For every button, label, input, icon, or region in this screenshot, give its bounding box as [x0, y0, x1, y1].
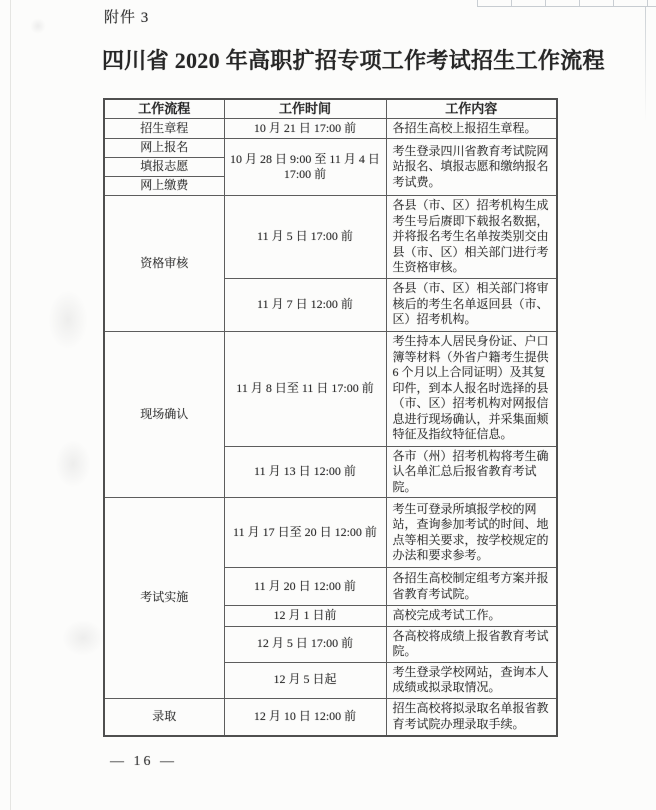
process-cell: 网上报名	[104, 139, 224, 158]
table-row: 录取 12 月 10 日 12:00 前 招生高校将拟录取名单报省教育考试院办理…	[104, 698, 557, 736]
scan-artifact-right-edge-line	[645, 7, 646, 122]
scan-smudge	[48, 290, 88, 350]
content-cell: 各县（市、区）相关部门将审核后的考生名单返回县（市、区）招考机构。	[386, 278, 557, 331]
time-cell: 11 月 20 日 12:00 前	[224, 568, 386, 606]
header-process: 工作流程	[104, 99, 224, 118]
document-title: 四川省 2020 年高职扩招专项工作考试招生工作流程	[102, 44, 582, 75]
time-cell: 12 月 1 日前	[224, 606, 386, 627]
content-cell: 各高校将成绩上报省教育考试院。	[386, 626, 557, 662]
table-row: 网上报名 10 月 28 日 9:00 至 11 月 4 日 17:00 前 考…	[104, 139, 557, 158]
content-cell: 各市（州）招考机构将考生确认名单汇总后报省教育考试院。	[386, 446, 557, 498]
time-cell: 11 月 7 日 12:00 前	[224, 278, 386, 331]
table-row: 现场确认 11 月 8 日至 11 日 17:00 前 考生持本人居民身份证、户…	[104, 331, 557, 446]
scan-artifact-left-edge-line	[10, 0, 11, 810]
header-time: 工作时间	[224, 99, 386, 118]
process-cell: 录取	[104, 698, 224, 736]
header-content: 工作内容	[386, 99, 557, 118]
scan-artifact-previous-page-table-edge	[477, 0, 656, 7]
content-cell: 考生登录学校网站，查询本人成绩或拟录取情况。	[386, 662, 557, 698]
process-cell: 填报志愿	[104, 158, 224, 177]
attachment-label: 附件 3	[104, 6, 149, 27]
content-cell: 考生可登录所填报学校的网站，查询参加考试的时间、地点等相关要求，按学校规定的办法…	[386, 498, 557, 568]
scan-smudge	[62, 620, 104, 656]
workflow-table: 工作流程 工作时间 工作内容 招生章程 10 月 21 日 17:00 前 各招…	[103, 98, 558, 737]
process-cell: 考试实施	[104, 498, 224, 699]
table-row: 招生章程 10 月 21 日 17:00 前 各招生高校上报招生章程。	[104, 118, 557, 139]
content-cell: 各招生高校上报招生章程。	[386, 118, 557, 139]
time-cell: 11 月 5 日 17:00 前	[224, 196, 386, 279]
scan-smudge	[55, 440, 91, 488]
process-cell: 网上缴费	[104, 177, 224, 196]
content-cell: 考生持本人居民身份证、户口簿等材料（外省户籍考生提供 6 个月以上合同证明）及其…	[386, 331, 557, 446]
scanned-document-page: { "page": { "attachment_label": "附件 3", …	[0, 0, 656, 810]
process-cell: 资格审核	[104, 196, 224, 332]
table-row: 资格审核 11 月 5 日 17:00 前 各县（市、区）招考机构生成考生号后赓…	[104, 196, 557, 279]
time-cell: 11 月 13 日 12:00 前	[224, 446, 386, 498]
time-cell: 12 月 5 日 17:00 前	[224, 626, 386, 662]
time-cell: 11 月 8 日至 11 日 17:00 前	[224, 331, 386, 446]
scan-smudge	[30, 18, 46, 34]
process-cell: 招生章程	[104, 118, 224, 139]
content-cell: 各招生高校制定组考方案并报省教育考试院。	[386, 568, 557, 606]
page-number: — 16 —	[110, 754, 177, 770]
time-cell: 11 月 17 日至 20 日 12:00 前	[224, 498, 386, 568]
table-row: 考试实施 11 月 17 日至 20 日 12:00 前 考生可登录所填报学校的…	[104, 498, 557, 568]
time-cell: 10 月 28 日 9:00 至 11 月 4 日 17:00 前	[224, 139, 386, 196]
time-cell: 10 月 21 日 17:00 前	[224, 118, 386, 139]
time-cell: 12 月 5 日起	[224, 662, 386, 698]
content-cell: 高校完成考试工作。	[386, 606, 557, 627]
process-cell: 现场确认	[104, 331, 224, 498]
time-cell: 12 月 10 日 12:00 前	[224, 698, 386, 736]
content-cell: 招生高校将拟录取名单报省教育考试院办理录取手续。	[386, 698, 557, 736]
content-cell: 各县（市、区）招考机构生成考生号后赓即下载报名数据，并将报名考生名单按类别交由县…	[386, 196, 557, 279]
table-header-row: 工作流程 工作时间 工作内容	[104, 99, 557, 118]
content-cell: 考生登录四川省教育考试院网站报名、填报志愿和缴纳报名考试费。	[386, 139, 557, 196]
